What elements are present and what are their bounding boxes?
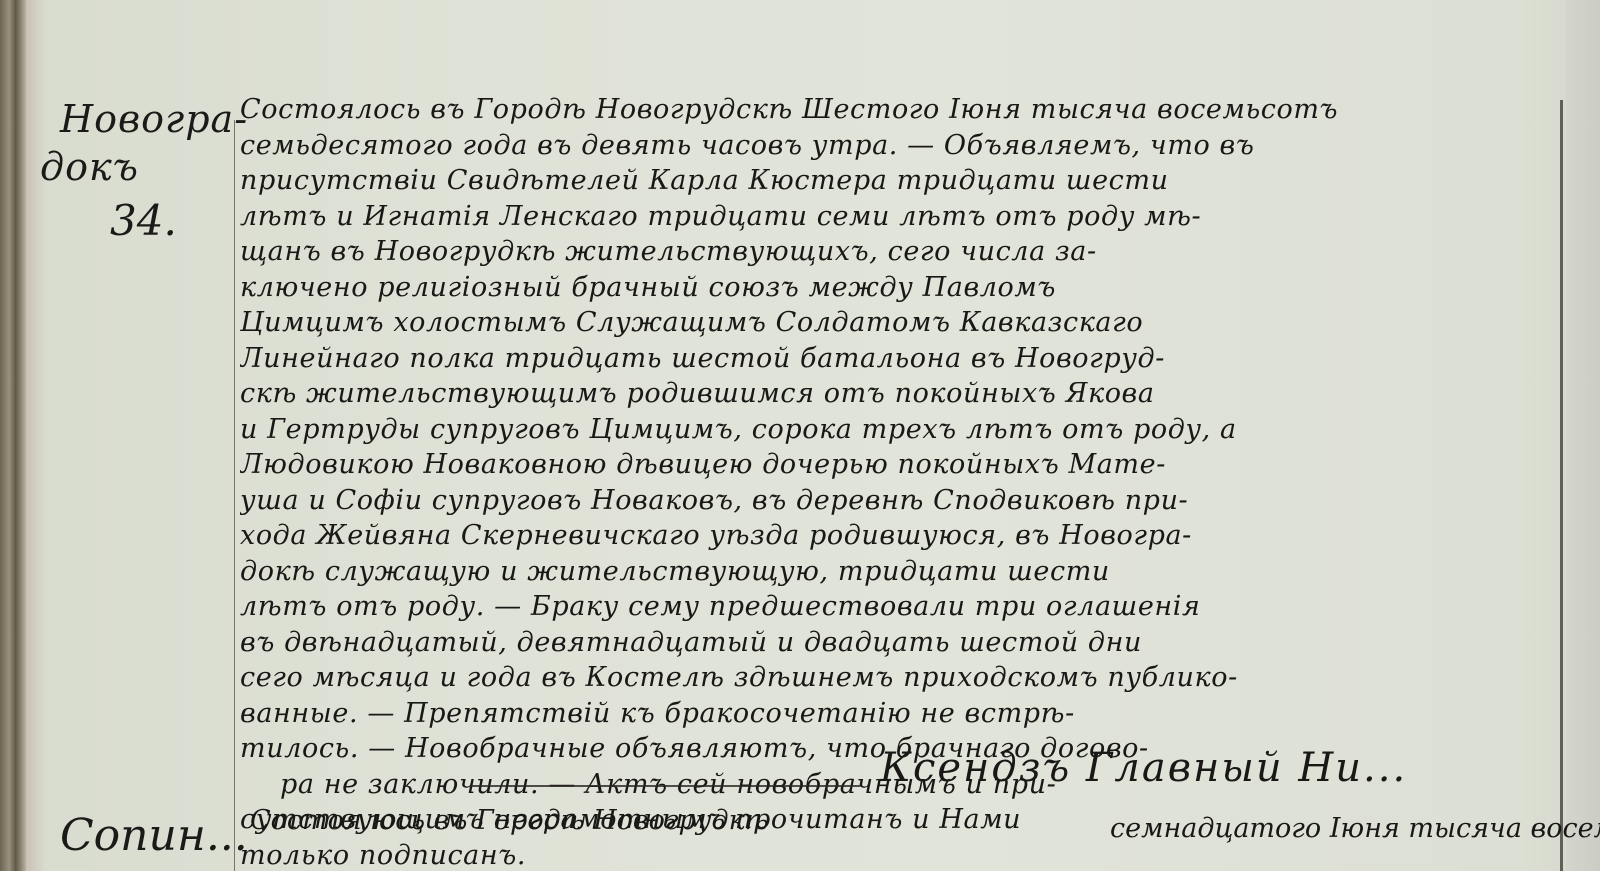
entry-line: присутствіи Свидѣтелей Карла Кюстера три… — [240, 163, 1520, 199]
scanned-register-page: Новогра- докъ 34. Состоялось въ Городѣ Н… — [0, 0, 1600, 871]
page-gutter-right — [1566, 0, 1600, 871]
entry-line: ванные. — Препятствій къ бракосочетанію … — [240, 696, 1520, 732]
next-record-first-line: Состоялось въ Городѣ Новогрудкѣ семнадца… — [250, 805, 1550, 836]
right-margin-rule — [1560, 100, 1563, 871]
entry-line: семьдесятого года въ девять часовъ утра.… — [240, 128, 1520, 164]
entry-line: и Гертруды супруговъ Цимцимъ, сорока тре… — [240, 412, 1520, 448]
book-binding — [0, 0, 26, 871]
next-record-margin: Сопин... — [60, 810, 248, 861]
margin-place-line-2: докъ — [40, 143, 230, 191]
entry-line: уша и Софіи супруговъ Новаковъ, въ дерев… — [240, 483, 1520, 519]
entry-line: лѣтъ и Игнатія Ленскаго тридцати семи лѣ… — [240, 199, 1520, 235]
record-number: 34. — [40, 191, 230, 251]
next-record-start: Состоялось въ Городѣ Новогрудкѣ — [250, 805, 769, 836]
entry-line: сего мѣсяца и года въ Костелѣ здѣшнемъ п… — [240, 660, 1520, 696]
entry-line: Линейнаго полка тридцать шестой батальон… — [240, 341, 1520, 377]
next-record-continuation: семнадцатого Іюня тысяча восемьсотъ — [1110, 813, 1600, 844]
entry-line: въ двѣнадцатый, девятнадцатый и двадцать… — [240, 625, 1520, 661]
entry-line: Состоялось въ Городѣ Новогрудскѣ Шестого… — [240, 92, 1520, 128]
left-margin-rule — [234, 120, 235, 871]
closing-flourish-line — [470, 785, 860, 787]
entry-line: докѣ служащую и жительствующую, тридцати… — [240, 554, 1520, 590]
margin-annotation: Новогра- докъ 34. — [40, 95, 230, 251]
entry-line: ключено религіозный брачный союзъ между … — [240, 270, 1520, 306]
entry-line: лѣтъ отъ роду. — Браку сему предшествова… — [240, 589, 1520, 625]
entry-line: хода Жейвяна Скерневичскаго уѣзда родивш… — [240, 518, 1520, 554]
priest-signature: Ксендзъ Главный Ни... — [880, 745, 1407, 791]
entry-line: скѣ жительствующимъ родившимся отъ покой… — [240, 376, 1520, 412]
entry-line: щанъ въ Новогрудкѣ жительствующихъ, сего… — [240, 234, 1520, 270]
entry-line: Людовикою Новаковною дѣвицею дочерью пок… — [240, 447, 1520, 483]
margin-place-line-1: Новогра- — [40, 95, 230, 143]
entry-line: Цимцимъ холостымъ Служащимъ Солдатомъ Ка… — [240, 305, 1520, 341]
